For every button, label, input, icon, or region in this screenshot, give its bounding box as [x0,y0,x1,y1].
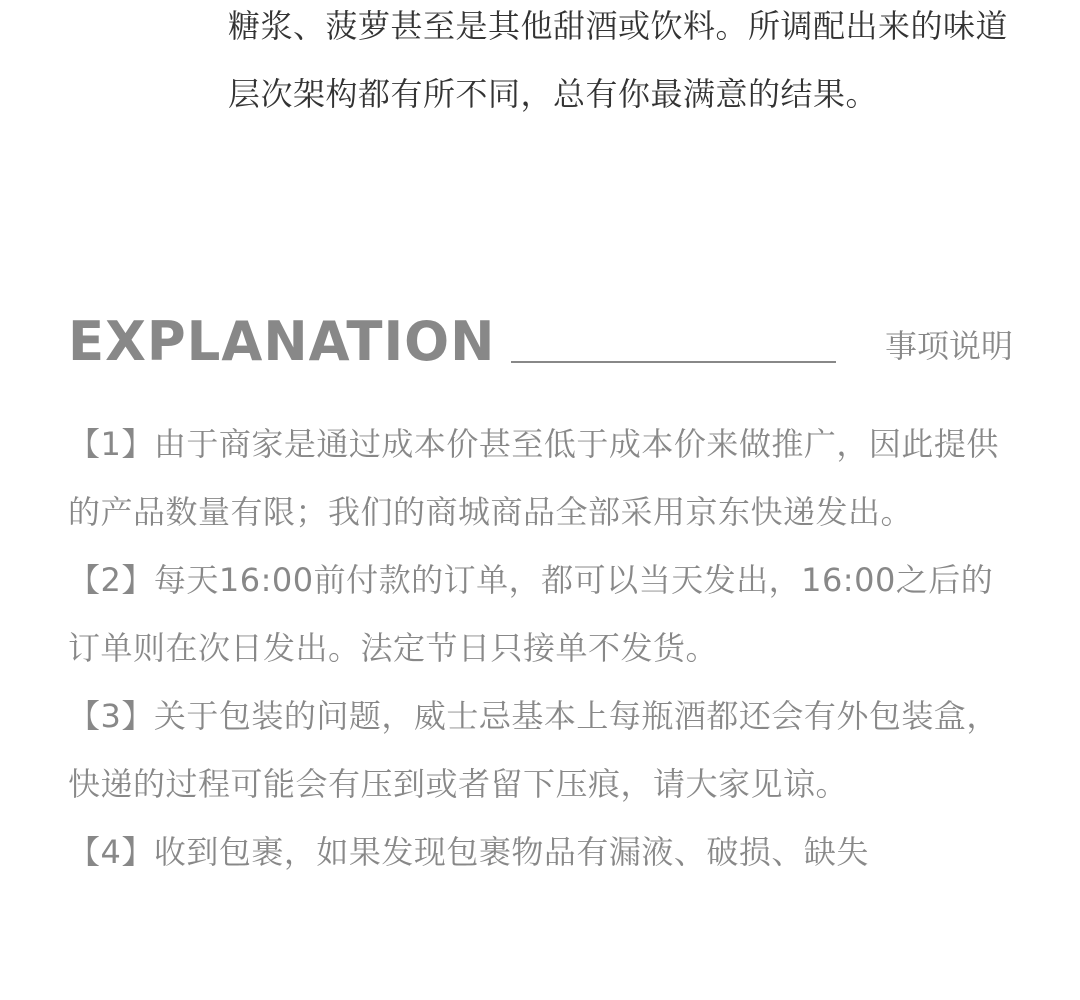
explanation-list: 【1】由于商家是通过成本价甚至低于成本价来做推广，因此提供的产品数量有限；我们的… [68,410,1018,886]
heading-title-en: EXPLANATION [68,312,495,372]
heading-title-cn: 事项说明 [885,326,1013,366]
intro-paragraph: 糖浆、菠萝甚至是其他甜酒或饮料。所调配出来的味道层次架构都有所不同，总有你最满意… [228,0,1028,128]
note-item-2: 【2】每天16:00前付款的订单，都可以当天发出，16:00之后的订单则在次日发… [68,546,1018,682]
explanation-heading: EXPLANATION 事项说明 [68,312,1013,372]
intro-text: 糖浆、菠萝甚至是其他甜酒或饮料。所调配出来的味道层次架构都有所不同，总有你最满意… [228,0,1028,128]
note-item-1: 【1】由于商家是通过成本价甚至低于成本价来做推广，因此提供的产品数量有限；我们的… [68,410,1018,546]
heading-divider [511,361,836,363]
note-item-3: 【3】关于包装的问题，威士忌基本上每瓶酒都还会有外包装盒，快递的过程可能会有压到… [68,682,1018,818]
note-item-4: 【4】收到包裹，如果发现包裹物品有漏液、破损、缺失 [68,818,1018,886]
